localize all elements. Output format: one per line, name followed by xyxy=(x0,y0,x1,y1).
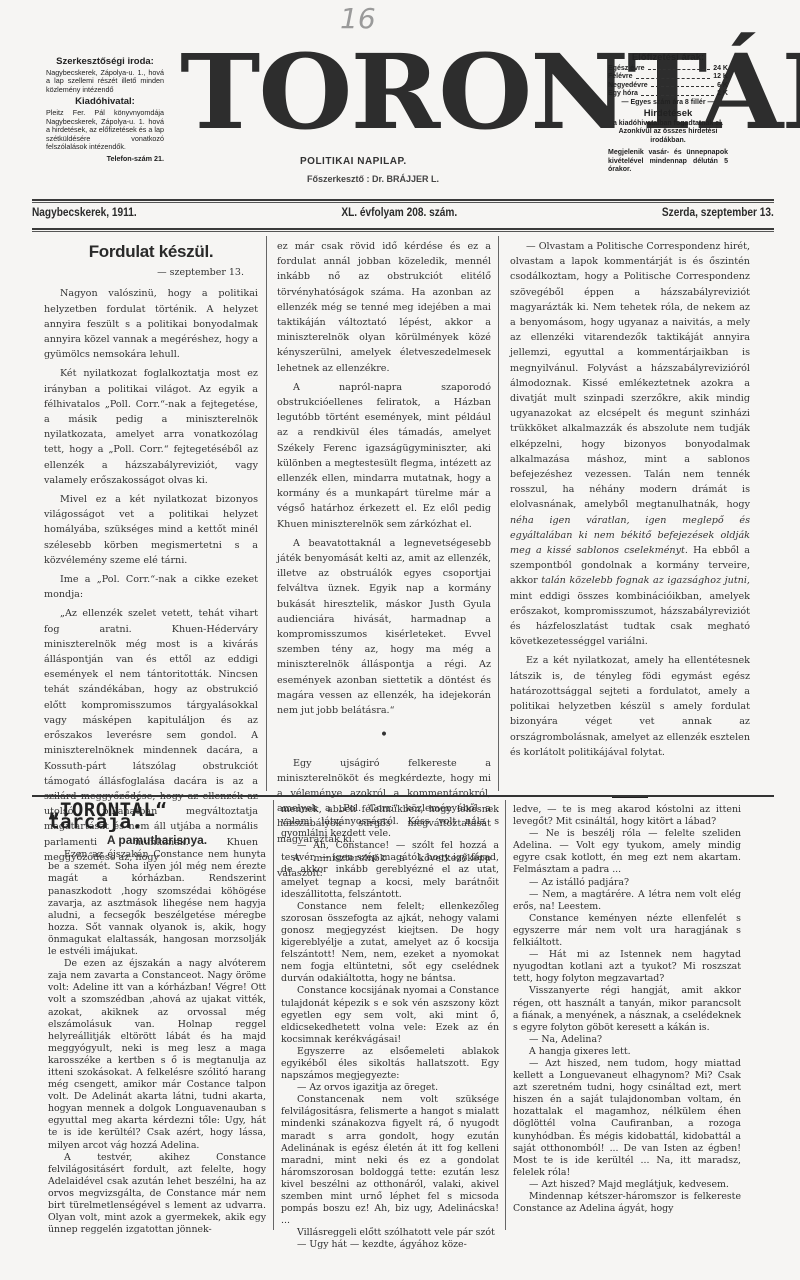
paragraph: — Nem, a magtárére. A létra nem volt elé… xyxy=(513,889,741,913)
paragraph: A beavatottaknál a legnevetségesebb játé… xyxy=(277,536,491,718)
handwritten-page-number: 16 xyxy=(340,2,376,35)
paragraph: Mivel ez a két nyilatkozat bizonyos vilá… xyxy=(44,492,258,568)
paragraph: Mindennap kétszer-háromszor is felkerest… xyxy=(513,1191,741,1215)
paragraph: — Hát mi az Istennek nem hagytad nyugodt… xyxy=(513,949,741,985)
paragraph: — Na, Adelina? xyxy=(513,1034,741,1046)
top-divider xyxy=(32,199,774,203)
price-value: 12 K xyxy=(713,73,728,82)
paragraph: — Az orvos igazitja az öreget. xyxy=(281,1082,499,1094)
paragraph: Visszanyerte régi hangját, amit akkor ré… xyxy=(513,985,741,1033)
article-date: — szeptember 13. xyxy=(44,265,258,280)
telephone-number: Telefon-szám 21. xyxy=(46,155,164,164)
text: mint eddigi összes kombinációikban, amel… xyxy=(510,591,750,648)
price-label: Egész évre xyxy=(608,65,645,74)
paragraph: Ime a „Pol. Corr.“-nak a cikke ezeket mo… xyxy=(44,572,258,602)
text: — Olvastam a Politische Correspondenz hi… xyxy=(510,241,750,510)
feuilleton-column-2: mennek, abbeli félelmükben, hogy lekésne… xyxy=(281,804,499,1251)
paragraph: Constance keményen nézte ellenfelét s eg… xyxy=(513,913,741,949)
article-column-3: — Olvastam a Politische Correspondenz hi… xyxy=(510,239,750,798)
newspaper-subtitle: POLITIKAI NAPILAP. xyxy=(300,156,407,167)
paragraph: A testvér, akihez Constance felvilágosit… xyxy=(48,1152,266,1237)
office-heading: Szerkesztőségi iroda: xyxy=(46,58,164,67)
section-separator: • xyxy=(277,728,491,743)
prices-heading: Előfizetési árak: xyxy=(608,54,728,63)
paragraph: Nagyon valószinü, hogy a politikai helyz… xyxy=(44,286,258,362)
italic-text: talán közelebb fognak az igazsághoz jutn… xyxy=(541,575,750,586)
article-column-2: ez már csak rövid idő kérdése és ez a fo… xyxy=(277,239,491,885)
column-divider xyxy=(273,800,274,1230)
single-issue-price: — Egyes szám ára 8 fillér — xyxy=(608,99,728,108)
ads-text: a kiadóhivatalban fogadtatnak el. Azonkí… xyxy=(608,120,728,146)
feuilleton-title: „TORONTÁL“ tárcája. xyxy=(48,804,266,828)
issue-number: XL. évfolyam 208. szám. xyxy=(341,207,457,219)
price-value: 2 K xyxy=(717,90,728,99)
dateline: Nagybecskerek, 1911. XL. évfolyam 208. s… xyxy=(32,207,774,219)
feuilleton-column-1: „TORONTÁL“ tárcája. A pamutharisnya. Eze… xyxy=(48,802,266,1236)
paragraph: Constance kocsijának nyomai a Constance … xyxy=(281,985,499,1045)
feuilleton-column-3: ledve, — te is meg akarod kóstolni az it… xyxy=(513,804,741,1215)
article-column-1: Fordulat készül. — szeptember 13. Nagyon… xyxy=(44,240,258,869)
place-year: Nagybecskerek, 1911. xyxy=(32,207,137,219)
paragraph: Constance nem felelt; ellenkezőleg szoro… xyxy=(281,901,499,986)
price-row: Egy hóra2 K xyxy=(608,90,728,99)
newspaper-page: 16 Szerkesztőségi iroda: Nagybecskerek, … xyxy=(0,0,800,1280)
newspaper-title: TORONTÁL xyxy=(180,41,600,146)
paragraph: De ezen az éjszakán a nagy alvóterem zaj… xyxy=(48,958,266,1152)
story-title: A pamutharisnya. xyxy=(48,834,266,846)
paragraph: mennek, abbeli félelmükben, hogy lekésne… xyxy=(281,804,499,840)
masthead-subscription-info: Előfizetési árak: Egész évre24 K Félévre… xyxy=(608,54,728,175)
paragraph: A napról-napra szaporodó obstrukcióellen… xyxy=(277,380,491,532)
paragraph: Villásreggeli előtt szólhatott vele pár … xyxy=(281,1227,499,1239)
column-divider xyxy=(505,800,506,1230)
article-title: Fordulat készül. xyxy=(44,244,258,259)
dateline-divider xyxy=(32,228,774,232)
paragraph: — Ugy hát — kezdte, ágyához köze- xyxy=(281,1239,499,1251)
price-label: Egy hóra xyxy=(608,90,638,99)
paragraph: Ezen az éjszakán Constance nem hunyta be… xyxy=(48,849,266,958)
price-row: Egész évre24 K xyxy=(608,65,728,74)
paragraph: Két nyilatkozat foglalkoztatja most ez i… xyxy=(44,366,258,488)
paragraph: Constancenak nem volt szüksége felvilágo… xyxy=(281,1094,499,1227)
price-row: Félévre12 K xyxy=(608,73,728,82)
office-text: Nagybecskerek, Zápolya-u. 1., hová a lap… xyxy=(46,69,164,95)
price-label: Negyedévre xyxy=(608,82,648,91)
price-row: Negyedévre6 K xyxy=(608,82,728,91)
paragraph: ez már csak rövid idő kérdése és ez a fo… xyxy=(277,239,491,376)
paragraph: — Ah, Constance! — szólt fel hozzá a tes… xyxy=(281,840,499,900)
column-divider xyxy=(266,236,267,791)
price-label: Félévre xyxy=(608,73,633,82)
editor-in-chief: Főszerkesztő : Dr. BRÁJJER L. xyxy=(307,174,439,184)
paragraph: — Azt hiszed, nem tudom, hogy miattad ke… xyxy=(513,1058,741,1179)
appearance-schedule: Megjelenik vasár- és ünnepnapok kivételé… xyxy=(608,149,728,175)
paragraph: — Ne is beszélj róla — felelte szeliden … xyxy=(513,828,741,876)
column-divider xyxy=(498,236,499,791)
price-value: 6 K xyxy=(717,82,728,91)
paragraph: — Olvastam a Politische Correspondenz hi… xyxy=(510,239,750,649)
paragraph: — Azt hiszed? Majd meglátjuk, kedvesem. xyxy=(513,1179,741,1191)
paragraph: ledve, — te is meg akarod kóstolni az it… xyxy=(513,804,741,828)
paragraph: Egyszerre az elsőemeleti ablakok egyikéb… xyxy=(281,1046,499,1082)
paragraph: Ez a két nyilatkozat, amely ha ellentéte… xyxy=(510,653,750,759)
price-value: 24 K xyxy=(713,65,728,74)
issue-date: Szerda, szeptember 13. xyxy=(662,207,774,219)
masthead-office-info: Szerkesztőségi iroda: Nagybecskerek, Záp… xyxy=(46,58,164,164)
paragraph: A hangja gixeres lett. xyxy=(513,1046,741,1058)
publisher-text: Pleitz Fer. Pál könyvnyomdája Nagybecske… xyxy=(46,109,164,152)
paragraph: — Az istálló padjára? xyxy=(513,877,741,889)
publisher-heading: Kiadóhivatal: xyxy=(46,98,164,107)
ads-heading: Hirdetések xyxy=(608,110,728,119)
